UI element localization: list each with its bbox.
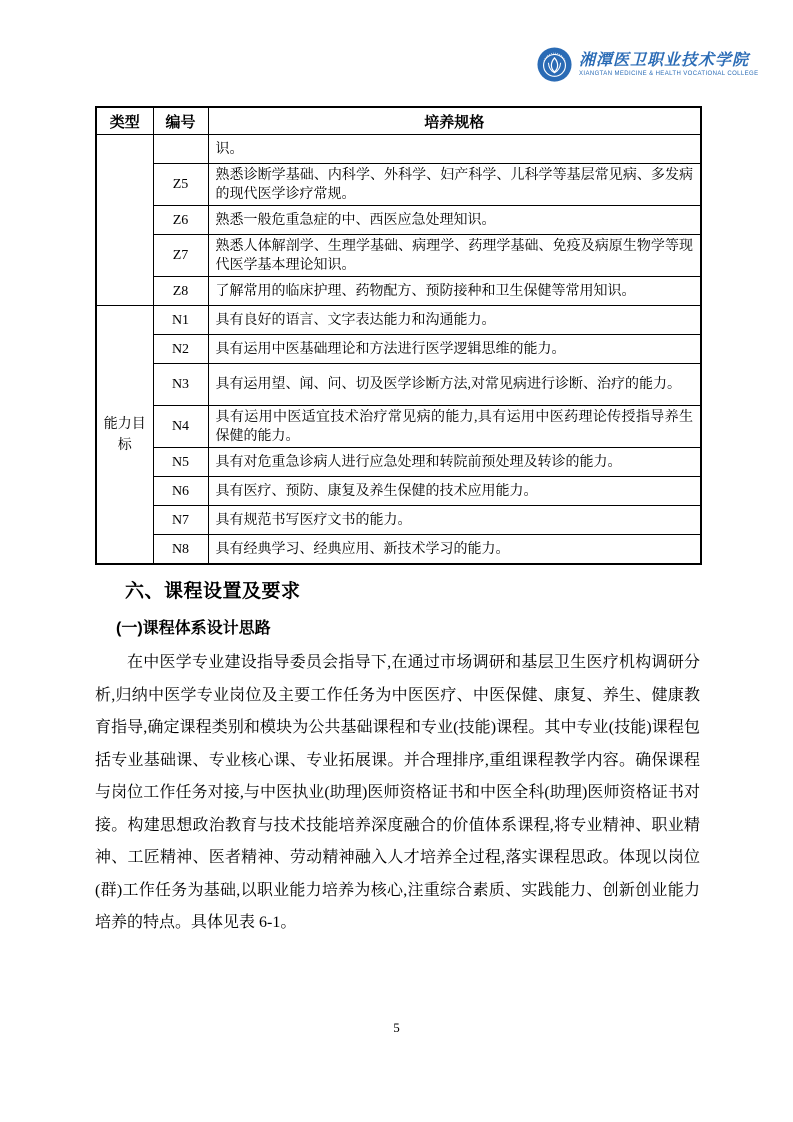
table-row: Z8 了解常用的临床护理、药物配方、预防接种和卫生保健等常用知识。 (96, 277, 701, 306)
spec-cell: 具有运用望、闻、问、切及医学诊断方法,对常见病进行诊断、治疗的能力。 (208, 364, 701, 406)
table-row: Z7 熟悉人体解剖学、生理学基础、病理学、药理学基础、免疫及病原生物学等现代医学… (96, 235, 701, 277)
code-cell: N1 (153, 306, 208, 335)
spec-cell: 熟悉诊断学基础、内科学、外科学、妇产科学、儿科学等基层常见病、多发病的现代医学诊… (208, 164, 701, 206)
table-row: Z5 熟悉诊断学基础、内科学、外科学、妇产科学、儿科学等基层常见病、多发病的现代… (96, 164, 701, 206)
spec-cell: 具有运用中医基础理论和方法进行医学逻辑思维的能力。 (208, 335, 701, 364)
section-heading: 六、课程设置及要求 (125, 580, 700, 604)
document-page: 湘潭医卫职业技术学院 XIANGTAN MEDICINE & HEALTH VO… (0, 0, 793, 1122)
spec-cell: 具有对危重急诊病人进行应急处理和转院前预处理及转诊的能力。 (208, 448, 701, 477)
table-row: N6 具有医疗、预防、康复及养生保健的技术应用能力。 (96, 477, 701, 506)
college-logo: 湘潭医卫职业技术学院 XIANGTAN MEDICINE & HEALTH VO… (537, 47, 758, 82)
body-paragraph: 在中医学专业建设指导委员会指导下,在通过市场调研和基层卫生医疗机构调研分析,归纳… (95, 647, 700, 940)
table-row: 能力目标 N1 具有良好的语言、文字表达能力和沟通能力。 (96, 306, 701, 335)
code-cell: N5 (153, 448, 208, 477)
code-cell: Z7 (153, 235, 208, 277)
table-header-row: 类型 编号 培养规格 (96, 107, 701, 135)
training-spec-table: 类型 编号 培养规格 识。 Z5 熟悉诊断学基础、内科学、外科学、妇产科学、儿科… (95, 106, 702, 565)
spec-cell: 熟悉人体解剖学、生理学基础、病理学、药理学基础、免疫及病原生物学等现代医学基本理… (208, 235, 701, 277)
type-cell-ability: 能力目标 (96, 306, 153, 565)
spec-cell: 了解常用的临床护理、药物配方、预防接种和卫生保健等常用知识。 (208, 277, 701, 306)
spec-cell: 具有经典学习、经典应用、新技术学习的能力。 (208, 535, 701, 565)
table-row: 识。 (96, 135, 701, 164)
code-cell: N8 (153, 535, 208, 565)
table-row: N5 具有对危重急诊病人进行应急处理和转院前预处理及转诊的能力。 (96, 448, 701, 477)
column-header-spec: 培养规格 (208, 107, 701, 135)
code-cell: N4 (153, 406, 208, 448)
table-row: N3 具有运用望、闻、问、切及医学诊断方法,对常见病进行诊断、治疗的能力。 (96, 364, 701, 406)
code-cell: N2 (153, 335, 208, 364)
spec-cell: 识。 (208, 135, 701, 164)
page-content: 类型 编号 培养规格 识。 Z5 熟悉诊断学基础、内科学、外科学、妇产科学、儿科… (95, 106, 700, 940)
code-cell: Z5 (153, 164, 208, 206)
code-cell: N3 (153, 364, 208, 406)
college-name-en: XIANGTAN MEDICINE & HEALTH VOCATIONAL CO… (579, 70, 758, 78)
page-number: 5 (0, 1020, 793, 1036)
code-cell: Z6 (153, 206, 208, 235)
table-row: N4 具有运用中医适宜技术治疗常见病的能力,具有运用中医药理论传授指导养生保健的… (96, 406, 701, 448)
code-cell (153, 135, 208, 164)
subsection-heading: (一)课程体系设计思路 (116, 618, 700, 640)
table-row: N8 具有经典学习、经典应用、新技术学习的能力。 (96, 535, 701, 565)
college-emblem-icon (537, 47, 572, 82)
college-name-zh: 湘潭医卫职业技术学院 (579, 52, 758, 70)
spec-cell: 熟悉一般危重急症的中、西医应急处理知识。 (208, 206, 701, 235)
column-header-type: 类型 (96, 107, 153, 135)
spec-cell: 具有规范书写医疗文书的能力。 (208, 506, 701, 535)
code-cell: N6 (153, 477, 208, 506)
college-name: 湘潭医卫职业技术学院 XIANGTAN MEDICINE & HEALTH VO… (579, 52, 758, 78)
code-cell: Z8 (153, 277, 208, 306)
table-row: N2 具有运用中医基础理论和方法进行医学逻辑思维的能力。 (96, 335, 701, 364)
code-cell: N7 (153, 506, 208, 535)
spec-cell: 具有运用中医适宜技术治疗常见病的能力,具有运用中医药理论传授指导养生保健的能力。 (208, 406, 701, 448)
table-row: Z6 熟悉一般危重急症的中、西医应急处理知识。 (96, 206, 701, 235)
type-cell-knowledge (96, 135, 153, 306)
spec-cell: 具有良好的语言、文字表达能力和沟通能力。 (208, 306, 701, 335)
table-row: N7 具有规范书写医疗文书的能力。 (96, 506, 701, 535)
column-header-code: 编号 (153, 107, 208, 135)
spec-cell: 具有医疗、预防、康复及养生保健的技术应用能力。 (208, 477, 701, 506)
